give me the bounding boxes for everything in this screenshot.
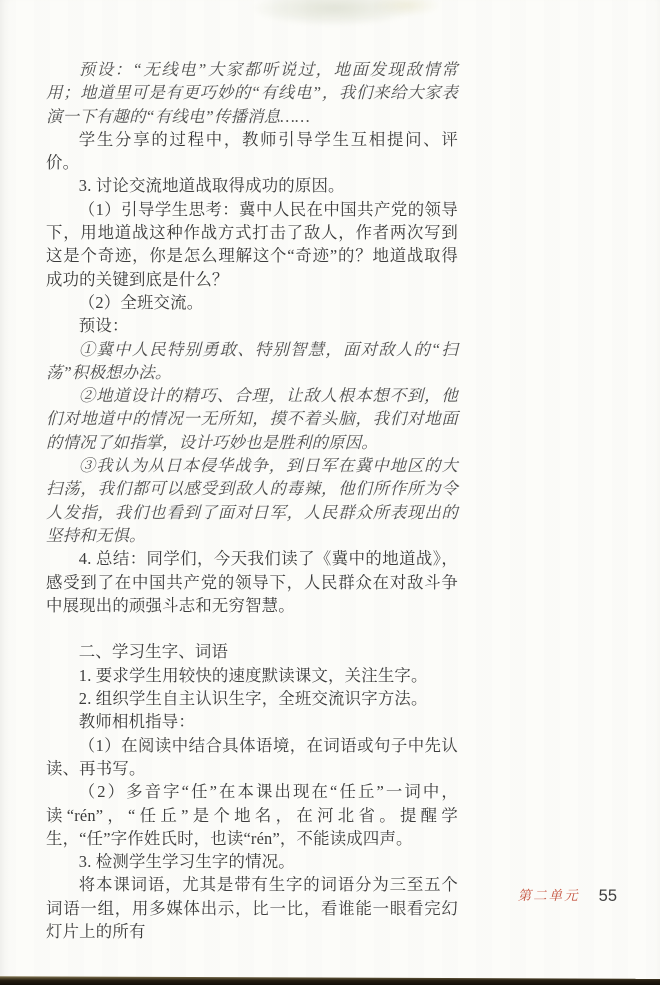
paragraph: ②地道设计的精巧、合理，让敌人根本想不到，他们对地道中的情况一无所知，摸不着头脑… <box>46 384 458 454</box>
section-heading: 二、学习生字、词语 <box>46 640 458 663</box>
paragraph: （1）在阅读中结合具体语境，在词语或句子中先认读、再书写。 <box>46 734 458 781</box>
footer-section-label: 第二单元 <box>518 888 580 903</box>
paragraph: 2. 组织学生自主认识生字，全班交流识字方法。 <box>46 687 458 710</box>
scan-bottom-edge <box>0 975 660 985</box>
paragraph: 3. 检测学生学习生字的情况。 <box>46 850 458 873</box>
paragraph: （2）全班交流。 <box>46 291 458 314</box>
paragraph: ①冀中人民特别勇敢、特别智慧，面对敌人的“扫荡”积极想办法。 <box>46 338 458 385</box>
paragraph: ③我认为从日本侵华战争，到日军在冀中地区的大扫荡，我们都可以感受到敌人的毒辣，他… <box>46 454 458 547</box>
footer-page-number: 55 <box>599 887 617 905</box>
paragraph: 预设： <box>46 314 458 337</box>
paragraph: 3. 讨论交流地道战取得成功的原因。 <box>46 174 458 197</box>
scanned-book-page: 预设：“无线电”大家都听说过，地面发现敌情常用；地道里可是有更巧妙的“有线电”，… <box>0 0 660 985</box>
paragraph: 4. 总结：同学们，今天我们读了《冀中的地道战》，感受到了在中国共产党的领导下，… <box>46 547 458 617</box>
paragraph: 教师相机指导： <box>46 710 458 733</box>
paragraph: （2）多音字“任”在本课出现在“任丘”一词中，读“rén”，“任丘”是个地名，在… <box>46 780 458 850</box>
paragraph: 预设：“无线电”大家都听说过，地面发现敌情常用；地道里可是有更巧妙的“有线电”，… <box>46 58 458 128</box>
paragraph: （1）引导学生思考：冀中人民在中国共产党的领导下，用地道战这种作战方式打击了敌人… <box>46 198 458 291</box>
paragraph: 1. 要求学生用较快的速度默读课文，关注生字。 <box>46 664 458 687</box>
page-text-column: 预设：“无线电”大家都听说过，地面发现敌情常用；地道里可是有更巧妙的“有线电”，… <box>46 58 458 943</box>
paragraph: 学生分享的过程中，教师引导学生互相提问、评价。 <box>46 128 458 175</box>
page-footer: 第二单元 55 <box>0 884 617 906</box>
